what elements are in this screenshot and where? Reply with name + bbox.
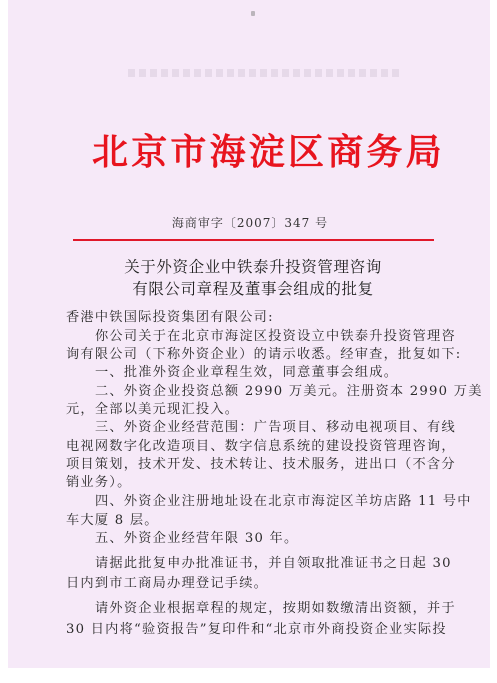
body-line: 请据此批复申办批准证书，并自领取批准证书之日起 30	[95, 555, 457, 573]
body-line: 日内到市工商局办理登记手续。	[66, 575, 428, 593]
body-line: 销业务）。	[66, 474, 428, 492]
scan-speck	[251, 11, 255, 16]
body-line: 二、外资企业投资总额 2990 万美元。注册资本 2990 万美	[95, 383, 457, 401]
body-line: 四、外资企业注册地址设在北京市海淀区羊坊店路 11 号中	[95, 493, 457, 511]
body-line: 电视网数字化改造项目、数字信息系统的建设投资管理咨询，	[66, 438, 428, 456]
document-number: 海商审字〔2007〕347 号	[150, 214, 350, 232]
body-line: 请外资企业根据章程的规定，按期如数缴清出资额，并于	[95, 600, 457, 618]
body-line: 五、外资企业经营年限 30 年。	[95, 530, 457, 548]
body-line: 车大厦 8 层。	[66, 512, 428, 530]
body-line: 询有限公司（下称外资企业）的请示收悉。经审查，批复如下:	[66, 346, 428, 364]
subject-line-1: 关于外资企业中铁泰升投资管理咨询	[80, 256, 426, 278]
issuer-masthead: 北京市海淀区商务局	[92, 128, 418, 176]
body-line: 项目策划，技术开发、技术转让、技术服务，进出口（不含分	[66, 456, 428, 474]
bleed-through-text	[128, 69, 403, 77]
body-line: 30 日内将“验资报告”复印件和“北京市外商投资企业实际投	[66, 621, 428, 639]
subject-line-2: 有限公司章程及董事会组成的批复	[80, 278, 426, 300]
addressee: 香港中铁国际投资集团有限公司:	[66, 309, 428, 327]
body-line: 元，全部以美元现汇投入。	[66, 401, 428, 419]
body-line: 一、批准外资企业章程生效，同意董事会组成。	[95, 364, 457, 382]
red-divider-rule	[73, 239, 434, 241]
body-line: 你公司关于在北京市海淀区投资设立中铁泰升投资管理咨	[95, 328, 457, 346]
body-line: 三、外资企业经营范围：广告项目、移动电视项目、有线	[95, 419, 457, 437]
